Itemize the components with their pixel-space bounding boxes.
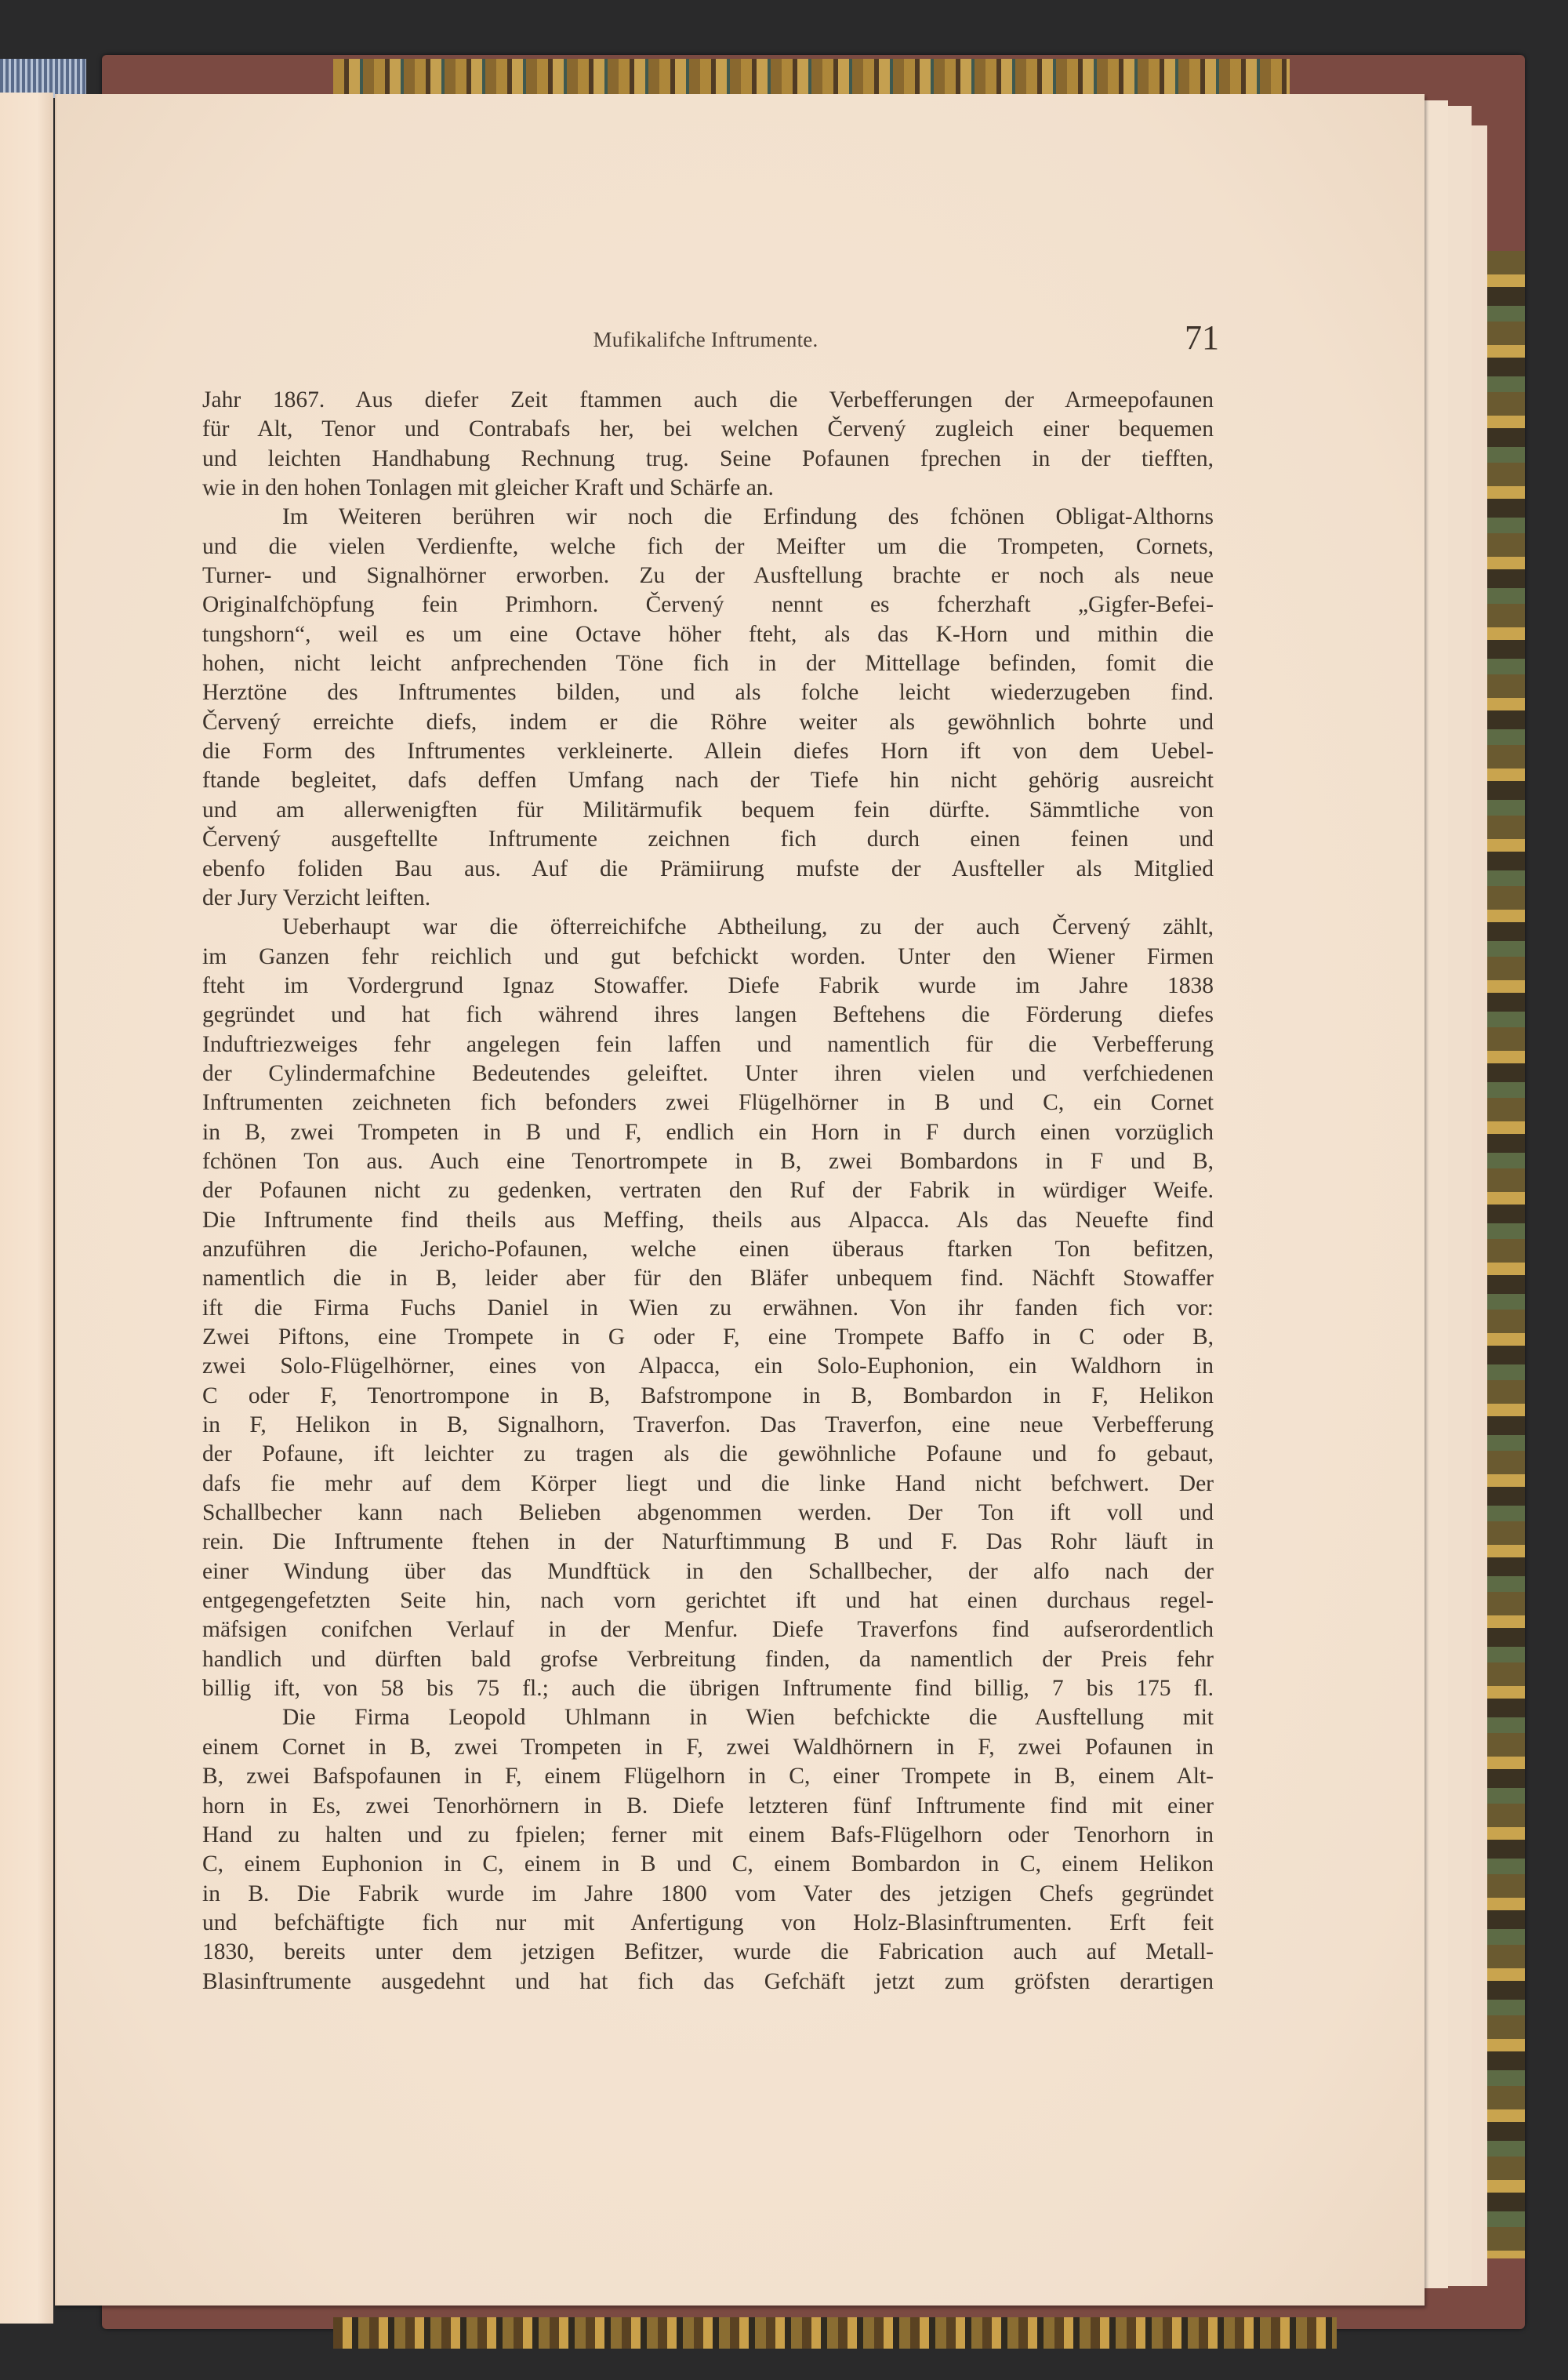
text-line: Die Firma Leopold Uhlmann in Wien befchi… [202,1703,1214,1732]
text-line: Červený ausgeftellte Inftrumente zeichne… [202,825,1214,854]
text-line: Jahr 1867. Aus diefer Zeit ftammen auch … [202,386,1214,415]
text-line: hohen, nicht leicht anfprechenden Töne f… [202,649,1214,678]
text-line: zwei Solo-Flügelhörner, eines von Alpacc… [202,1352,1214,1381]
text-line: in B, zwei Trompeten in B und F, endlich… [202,1118,1214,1147]
text-line: und die vielen Verdienfte, welche fich d… [202,532,1214,561]
text-line: Turner- und Signalhörner erworben. Zu de… [202,561,1214,590]
marbled-edge-top [333,59,1290,96]
text-line: Im Weiteren berühren wir noch die Erfind… [202,503,1214,532]
text-line: der Jury Verzicht leiften. [202,884,1214,913]
text-line: C oder F, Tenortrompone in B, Bafstrompo… [202,1382,1214,1411]
running-head: Mufikalifche Inftrumente. [549,328,862,352]
text-line: in F, Helikon in B, Signalhorn, Traverfo… [202,1411,1214,1440]
text-line: im Ganzen fehr reichlich und gut befchic… [202,943,1214,972]
text-line: und leichten Handhabung Rechnung trug. S… [202,445,1214,474]
text-line: gegründet und hat fich während ihres lan… [202,1001,1214,1030]
marbled-edge-bottom [333,2317,1337,2349]
text-line: mäfsigen conifchen Verlauf in der Menfur… [202,1615,1214,1644]
text-line: Blasinftrumente ausgedehnt und hat fich … [202,1968,1214,1997]
text-line: 1830, bereits unter dem jetzigen Befitze… [202,1938,1214,1967]
text-line: fteht im Vordergrund Ignaz Stowaffer. Di… [202,972,1214,1001]
text-line: Hand zu halten und zu fpielen; ferner mi… [202,1821,1214,1850]
text-line: handlich und dürften bald grofse Verbrei… [202,1645,1214,1674]
text-line: der Cylindermafchine Bedeutendes geleift… [202,1059,1214,1088]
text-line: billig ift, von 58 bis 75 fl.; auch die … [202,1674,1214,1703]
text-line: Originalfchöpfung fein Primhorn. Červený… [202,590,1214,620]
text-line: einer Windung über das Mundftück in den … [202,1557,1214,1586]
text-line: und am allerwenigften für Militärmufik b… [202,796,1214,825]
text-line: anzuführen die Jericho-Pofaunen, welche … [202,1235,1214,1264]
page-number: 71 [1172,318,1219,358]
text-line: wie in den hohen Tonlagen mit gleicher K… [202,474,1214,503]
text-line: ftande begleitet, dafs deffen Umfang nac… [202,766,1214,795]
facing-page-edge [0,93,53,2324]
text-line: Schallbecher kann nach Belieben abgenomm… [202,1499,1214,1528]
marbled-edge-right [1486,251,1525,2258]
text-line: namentlich die in B, leider aber für den… [202,1264,1214,1293]
body-text: Jahr 1867. Aus diefer Zeit ftammen auch … [202,386,1214,1997]
text-line: der Pofaunen nicht zu gedenken, vertrate… [202,1176,1214,1205]
text-line: C, einem Euphonion in C, einem in B und … [202,1850,1214,1879]
text-line: fchönen Ton aus. Auch eine Tenortrompete… [202,1147,1214,1176]
text-line: dafs fie mehr auf dem Körper liegt und d… [202,1470,1214,1499]
text-line: Zwei Piftons, eine Trompete in G oder F,… [202,1323,1214,1352]
text-line: der Pofaune, ift leichter zu tragen als … [202,1440,1214,1469]
text-line: ebenfo foliden Bau aus. Auf die Prämiiru… [202,855,1214,884]
text-line: horn in Es, zwei Tenorhörnern in B. Dief… [202,1792,1214,1821]
text-line: Induftriezweiges fehr angelegen fein laf… [202,1030,1214,1059]
text-line: Herztöne des Inftrumentes bilden, und al… [202,678,1214,707]
text-line: für Alt, Tenor und Contrabafs her, bei w… [202,415,1214,444]
text-line: B, zwei Bafspofaunen in F, einem Flügelh… [202,1762,1214,1791]
text-line: rein. Die Inftrumente ftehen in der Natu… [202,1528,1214,1557]
text-line: Inftrumenten zeichneten fich befonders z… [202,1088,1214,1117]
text-line: einem Cornet in B, zwei Trompeten in F, … [202,1733,1214,1762]
text-line: in B. Die Fabrik wurde im Jahre 1800 vom… [202,1880,1214,1909]
text-line: die Form des Inftrumentes verkleinerte. … [202,737,1214,766]
text-line: Die Inftrumente find theils aus Meffing,… [202,1206,1214,1235]
text-line: Ueberhaupt war die öfterreichifche Abthe… [202,913,1214,942]
text-line: tungshorn“, weil es um eine Octave höher… [202,620,1214,649]
text-line: ift die Firma Fuchs Daniel in Wien zu er… [202,1294,1214,1323]
text-line: entgegengefetzten Seite hin, nach vorn g… [202,1586,1214,1615]
text-line: und befchäftigte fich nur mit Anfertigun… [202,1909,1214,1938]
text-line: Červený erreichte diefs, indem er die Rö… [202,708,1214,737]
page-stack [1423,100,1448,2288]
